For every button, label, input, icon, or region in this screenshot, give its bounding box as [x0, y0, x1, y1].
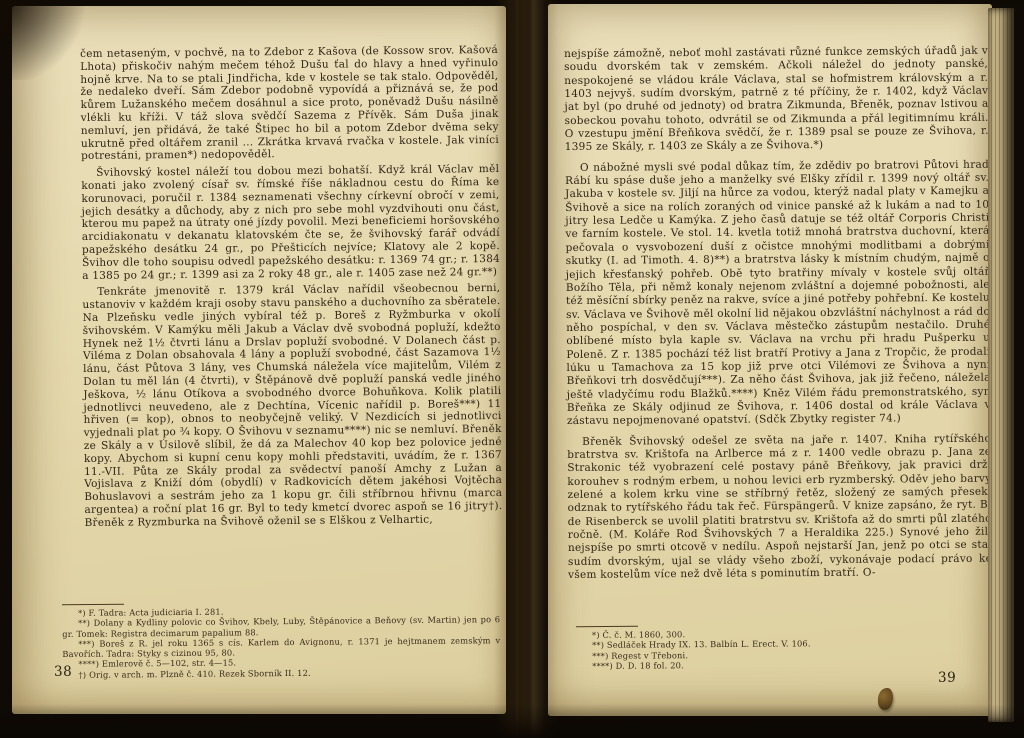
- paragraph: Švihovský kostel náleží tou dobou mezi b…: [81, 163, 500, 282]
- paper-defect-speck: [878, 688, 893, 710]
- paragraph: čem netaseným, v pochvě, na to Zdebor z …: [80, 44, 499, 163]
- gutter-crease: [532, 0, 534, 738]
- book-page-right: nejspíše zámožně, neboť mohl zastávati r…: [548, 4, 992, 716]
- left-page-text: čem netaseným, v pochvě, na to Zdebor z …: [80, 44, 503, 533]
- footnote-separator: [576, 626, 638, 627]
- book-fore-edge: [988, 8, 1014, 722]
- page-number-left: 38: [54, 664, 72, 680]
- paragraph: O nábožné mysli své podal důkaz tím, že …: [565, 158, 991, 428]
- right-page-text: nejspíše zámožně, neboť mohl zastávati r…: [564, 45, 992, 590]
- right-page-footnotes: *) Č. č. M. 1860, 300.**) Sedláček Hrady…: [576, 627, 976, 671]
- paragraph: nejspíše zámožně, neboť mohl zastávati r…: [564, 45, 989, 155]
- paragraph: Tenkráte jmenovitě r. 1379 král Václav n…: [82, 282, 502, 529]
- left-page-footnotes: *) F. Tadra: Acta judiciaria I. 281.**) …: [62, 604, 501, 680]
- footnote: ****) D. D. 18 fol. 20.: [576, 658, 976, 671]
- gutter-crease: [516, 0, 518, 738]
- footnote-separator: [62, 604, 124, 606]
- page-number-right: 39: [938, 670, 956, 686]
- paragraph: Břeněk Švihovský odešel ze světa na jaře…: [567, 432, 992, 582]
- book-page-left: čem netaseným, v pochvě, na to Zdebor z …: [12, 6, 506, 714]
